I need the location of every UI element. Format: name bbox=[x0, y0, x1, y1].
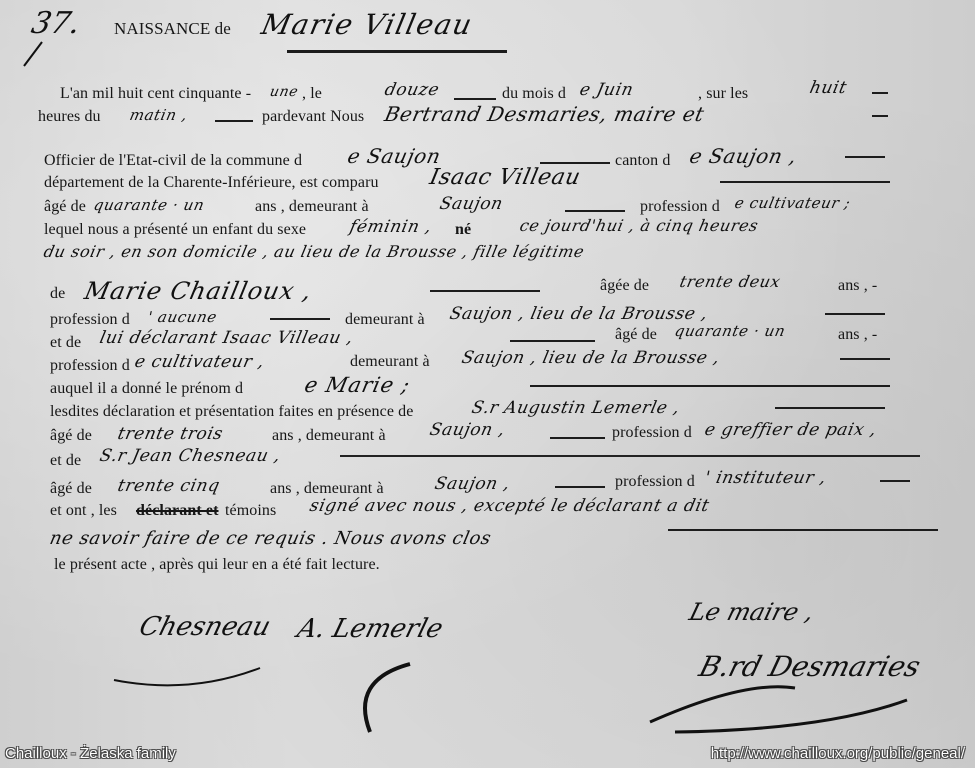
blank bbox=[825, 313, 885, 315]
line16-print-age: âgé de bbox=[50, 480, 92, 498]
line5-hand-residence: Saujon bbox=[438, 194, 505, 214]
blank bbox=[550, 437, 605, 439]
line6-print-ne: né bbox=[455, 221, 471, 239]
line10-hand-father: lui déclarant Isaac Villeau , bbox=[98, 328, 355, 348]
line17-hand-signature-note: signé avec nous , excepté le déclarant a… bbox=[308, 496, 711, 516]
line2-hand-time: matin , bbox=[128, 106, 189, 124]
line15-hand-witness2: S.r Jean Chesneau , bbox=[98, 446, 283, 466]
line1-hand-hour: huit bbox=[808, 78, 849, 98]
blank bbox=[565, 210, 625, 212]
entry-number-slash bbox=[20, 40, 50, 70]
line3-hand-commune: e Saujon bbox=[345, 144, 443, 168]
line17-print-et-ont: et ont , les bbox=[50, 502, 117, 520]
line19-print-closing: le présent acte , après qui leur en a ét… bbox=[54, 556, 380, 574]
line9-hand-residence: Saujon , lieu de la Brousse , bbox=[448, 304, 710, 324]
line6-hand-sex: féminin , bbox=[348, 217, 434, 237]
line1-print-sur: , sur les bbox=[698, 85, 748, 103]
footer-website-url[interactable]: http://www.chailloux.org/public/geneal/ bbox=[711, 745, 965, 762]
line2-hand-officer: Bertrand Desmaries, maire et bbox=[382, 102, 706, 126]
line5-hand-profession: e cultivateur ; bbox=[733, 194, 852, 212]
heading-printed: NAISSANCE de bbox=[114, 19, 231, 39]
line5-print-demeurant: ans , demeurant à bbox=[255, 198, 369, 216]
line9-hand-profession: ' aucune bbox=[146, 308, 219, 326]
line1-hand-day: douze bbox=[383, 80, 441, 100]
signature-flourish-1 bbox=[110, 640, 270, 690]
line1-print-mois: du mois d bbox=[502, 85, 566, 103]
signature-witness-2: A. Lemerle bbox=[294, 614, 446, 644]
line6-hand-birth-time: ce jourd'hui , à cinq heures bbox=[518, 216, 760, 235]
blank bbox=[215, 120, 253, 122]
line2-print-heures: heures du bbox=[38, 108, 101, 126]
line9-print-profession: profession d bbox=[50, 311, 130, 329]
line11-print-demeurant: demeurant à bbox=[350, 353, 430, 371]
blank bbox=[840, 358, 890, 360]
footer-family-credit: Chailloux - Żelaska family bbox=[5, 745, 176, 762]
line14-print-age: âgé de bbox=[50, 427, 92, 445]
line16-hand-witness2-age: trente cinq bbox=[116, 476, 222, 496]
line14-print-profession: profession d bbox=[612, 424, 692, 442]
line1-hand-year: une bbox=[268, 84, 300, 100]
line3-print-canton: canton d bbox=[615, 152, 670, 170]
signature-flourish-2 bbox=[350, 660, 430, 740]
line2-print-pardevant: pardevant Nous bbox=[262, 108, 364, 126]
line15-print-et-de: et de bbox=[50, 452, 81, 470]
line5-print-age: âgé de bbox=[44, 198, 86, 216]
line8-print-agee: âgée de bbox=[600, 277, 649, 295]
line1-print-le: , le bbox=[302, 85, 322, 103]
blank bbox=[555, 486, 605, 488]
line14-hand-witness1-age: trente trois bbox=[116, 424, 225, 444]
blank bbox=[270, 318, 330, 320]
scanned-birth-certificate: 37. NAISSANCE de Marie Villeau L'an mil … bbox=[0, 0, 975, 768]
line5-print-profession: profession d bbox=[640, 198, 720, 216]
signature-mayor-title: Le maire , bbox=[686, 598, 817, 626]
line1-hand-month: e Juin bbox=[578, 80, 635, 100]
line6-print-lequel: lequel nous a présenté un enfant du sexe bbox=[44, 221, 306, 239]
line16-hand-witness2-residence: Saujon , bbox=[433, 474, 512, 494]
blank bbox=[880, 480, 910, 482]
line14-print-demeurant: ans , demeurant à bbox=[272, 427, 386, 445]
line17-print-temoins: témoins bbox=[225, 502, 276, 520]
blank bbox=[775, 407, 885, 409]
line13-print-lesdites: lesdites déclaration et présentation fai… bbox=[50, 403, 413, 421]
line10-print-age: âgé de bbox=[615, 326, 657, 344]
line13-hand-witness1: S.r Augustin Lemerle , bbox=[470, 398, 682, 418]
heading-underline bbox=[287, 50, 507, 53]
blank bbox=[510, 340, 595, 342]
heading-child-name: Marie Villeau bbox=[258, 8, 476, 41]
blank bbox=[530, 385, 890, 387]
line8-print-ans: ans , - bbox=[838, 277, 877, 295]
line12-print-auquel: auquel il a donné le prénom d bbox=[50, 380, 243, 398]
line10-print-ans: ans , - bbox=[838, 326, 877, 344]
line3-hand-canton: e Saujon , bbox=[687, 144, 799, 168]
line1-blank bbox=[454, 98, 496, 100]
line4-print-departement: département de la Charente-Inférieure, e… bbox=[44, 174, 379, 192]
line10-hand-father-age: quarante · un bbox=[673, 322, 787, 340]
line14-hand-witness1-profession: e greffier de paix , bbox=[703, 420, 879, 440]
entry-number: 37. bbox=[28, 6, 83, 41]
line14-hand-witness1-residence: Saujon , bbox=[428, 420, 507, 440]
line8-hand-mother: Marie Chailloux , bbox=[82, 277, 315, 305]
line11-hand-residence: Saujon , lieu de la Brousse , bbox=[460, 348, 722, 368]
witness-separator-line bbox=[340, 455, 920, 457]
line7-hand-birthplace: du soir , en son domicile , au lieu de l… bbox=[42, 242, 586, 261]
line4-hand-declarant: Isaac Villeau bbox=[427, 165, 583, 190]
line10-print-et-de: et de bbox=[50, 334, 81, 352]
line12-hand-given-name: e Marie ; bbox=[302, 373, 412, 397]
line9-print-demeurant: demeurant à bbox=[345, 311, 425, 329]
line18-hand-closing: ne savoir faire de ce requis . Nous avon… bbox=[48, 528, 493, 549]
line3-print-officier: Officier de l'Etat-civil de la commune d bbox=[44, 152, 302, 170]
blank bbox=[720, 181, 890, 183]
line16-hand-witness2-profession: ' instituteur , bbox=[703, 468, 828, 488]
blank bbox=[540, 162, 610, 164]
line11-hand-profession: e cultivateur , bbox=[133, 352, 266, 372]
signature-witness-1: Chesneau bbox=[136, 612, 274, 642]
dash bbox=[872, 92, 888, 94]
line16-print-profession: profession d bbox=[615, 473, 695, 491]
line17-print-struck-declarant: déclarant et bbox=[136, 502, 219, 520]
line5-hand-age: quarante · un bbox=[92, 196, 206, 214]
signature-flourish-mayor bbox=[645, 670, 915, 740]
blank bbox=[845, 156, 885, 158]
dash bbox=[872, 115, 888, 117]
line8-hand-mother-age: trente deux bbox=[678, 272, 783, 291]
blank bbox=[430, 290, 540, 292]
closing-line bbox=[668, 529, 938, 531]
line1-print-a: L'an mil huit cent cinquante - bbox=[60, 85, 251, 103]
line8-print-de: de bbox=[50, 285, 65, 303]
line11-print-profession: profession d bbox=[50, 357, 130, 375]
